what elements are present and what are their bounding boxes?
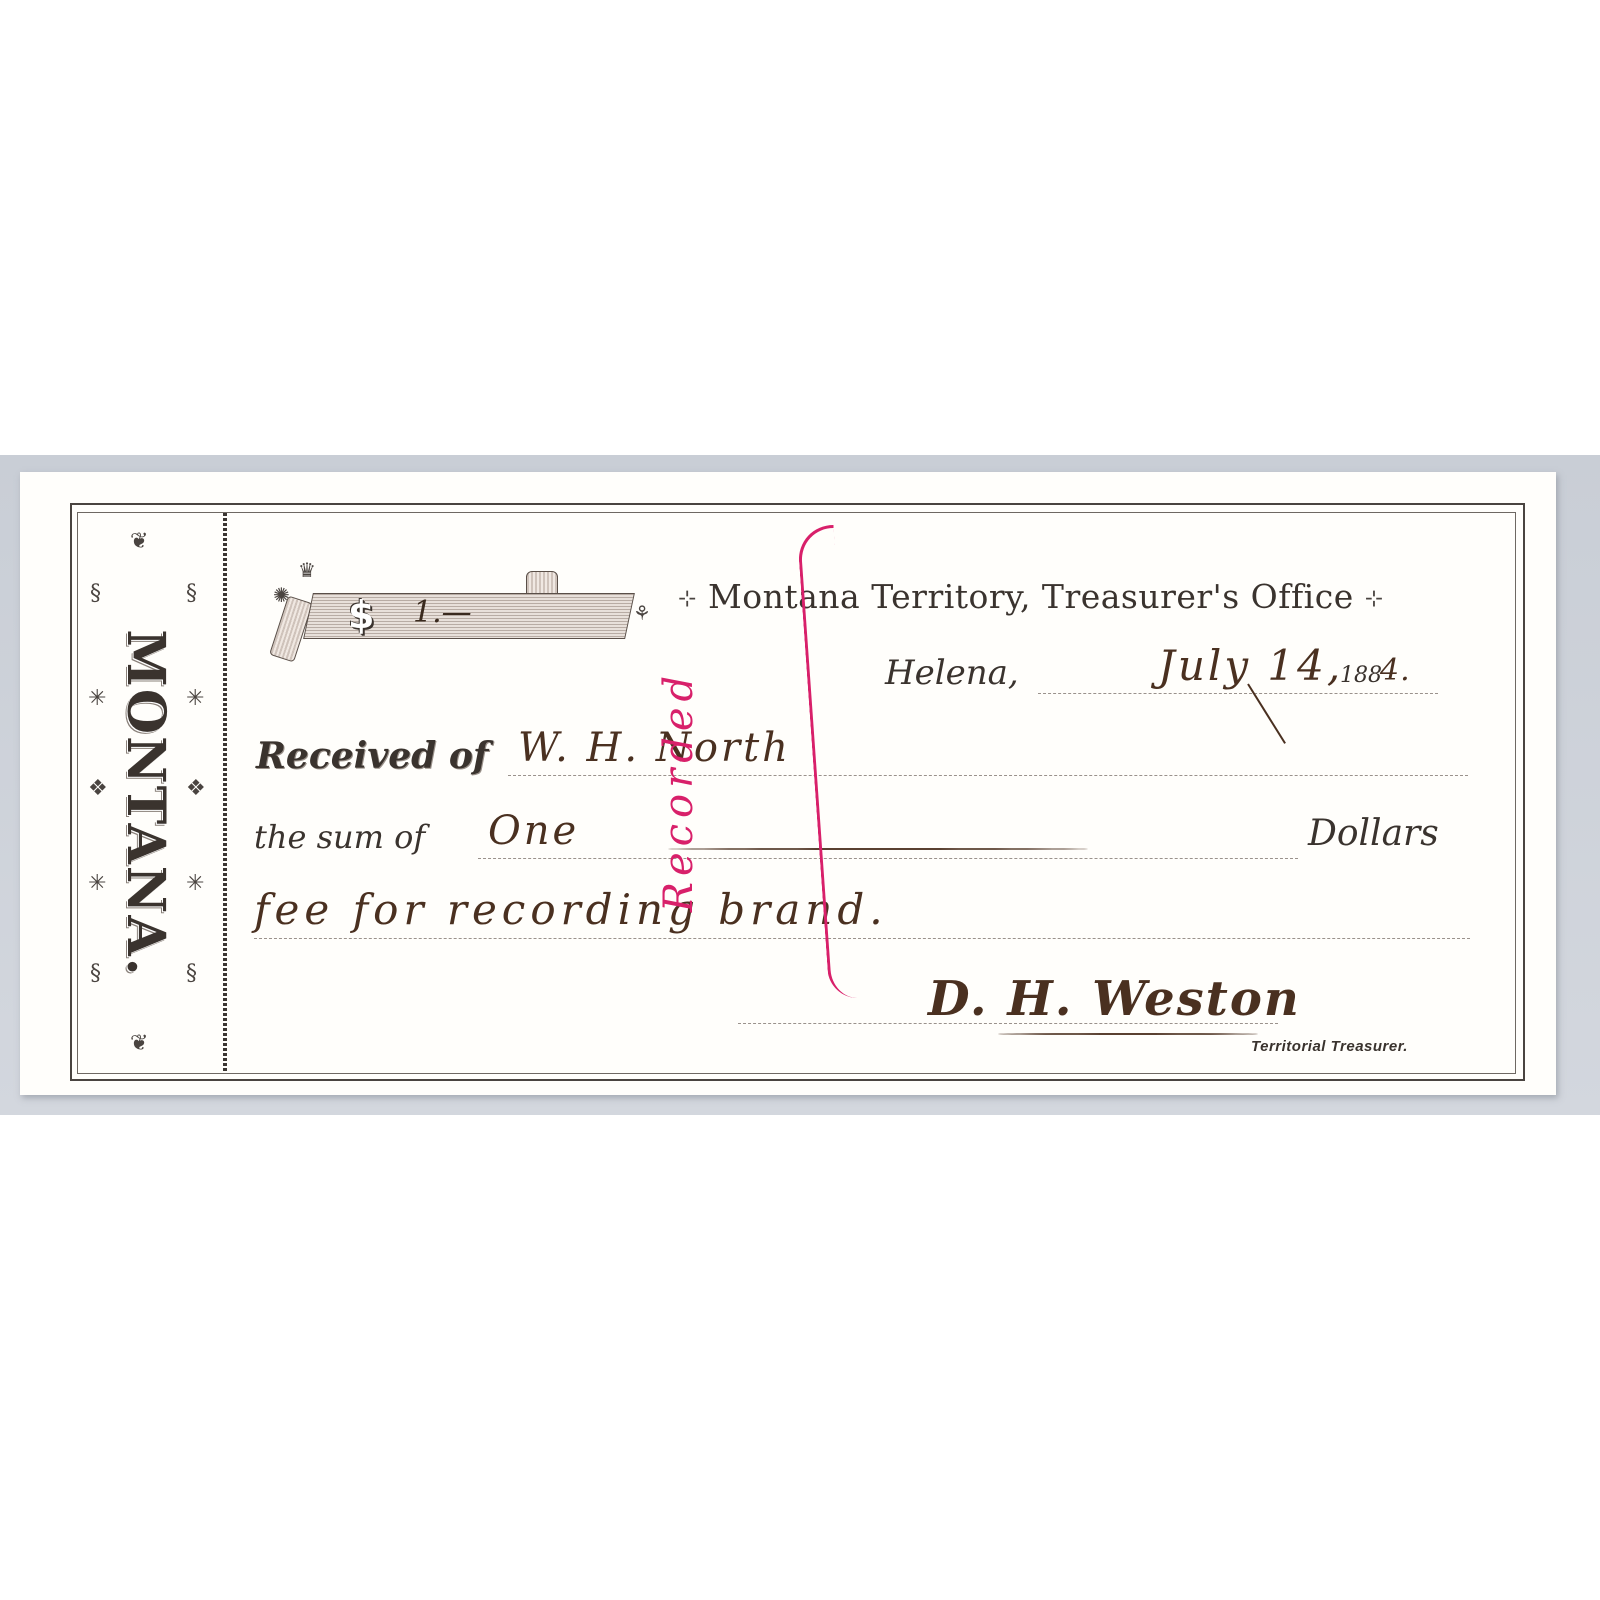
perforation-divider bbox=[223, 513, 227, 1073]
received-of-label: Received of bbox=[256, 735, 488, 777]
side-panel-title: MONTANA. bbox=[100, 593, 190, 1013]
amount-banner: ♛ ✺ $ 1.— ⚘ bbox=[278, 553, 658, 663]
pink-annotation: Recorded bbox=[718, 583, 778, 1003]
flourish-left-icon: ⊹ bbox=[678, 587, 697, 612]
sum-handwritten: One bbox=[488, 808, 579, 854]
date-handwritten: July 14, bbox=[1158, 641, 1343, 690]
year-handwritten: 4. bbox=[1380, 653, 1411, 688]
dollars-label: Dollars bbox=[1308, 813, 1439, 854]
flourish-right-icon: ⊹ bbox=[1365, 587, 1384, 612]
signature-handwritten: D. H. Weston bbox=[928, 971, 1301, 1027]
signature-title: Territorial Treasurer. bbox=[1251, 1038, 1408, 1055]
office-title: ⊹ Montana Territory, Treasurer's Office … bbox=[678, 577, 1384, 616]
sprig-ornament-icon: ⚘ bbox=[633, 601, 651, 625]
pink-annotation-text: Recorded bbox=[656, 670, 702, 912]
year-printed: 188 bbox=[1340, 663, 1382, 688]
purpose-handwritten: fee for recording brand. bbox=[254, 885, 888, 934]
receipt-card: ❦ § § ✳ ✳ ❖ ❖ ✳ ✳ § § ❦ MONTANA. bbox=[20, 472, 1556, 1095]
side-panel: ❦ § § ✳ ✳ ❖ ❖ ✳ ✳ § § ❦ MONTANA. bbox=[78, 513, 218, 1073]
date-line bbox=[1038, 693, 1438, 694]
scroll-ornament-icon: ❦ bbox=[130, 531, 148, 553]
sum-of-label: the sum of bbox=[254, 818, 425, 856]
place-label: Helena, bbox=[885, 653, 1019, 693]
scroll-ornament-icon: ❦ bbox=[130, 1033, 148, 1055]
payer-line bbox=[508, 775, 1468, 776]
dollar-icon: $ bbox=[348, 593, 374, 637]
receipt-inner-border: ❦ § § ✳ ✳ ❖ ❖ ✳ ✳ § § ❦ MONTANA. bbox=[77, 512, 1516, 1074]
amount-value: 1.— bbox=[413, 595, 472, 630]
fan-ornament-icon: ✺ bbox=[273, 583, 290, 607]
sum-line bbox=[478, 858, 1298, 859]
signature-underline bbox=[998, 1033, 1258, 1035]
receipt-outer-border: ❦ § § ✳ ✳ ❖ ❖ ✳ ✳ § § ❦ MONTANA. bbox=[70, 503, 1525, 1081]
crown-ornament-icon: ♛ bbox=[298, 558, 316, 582]
